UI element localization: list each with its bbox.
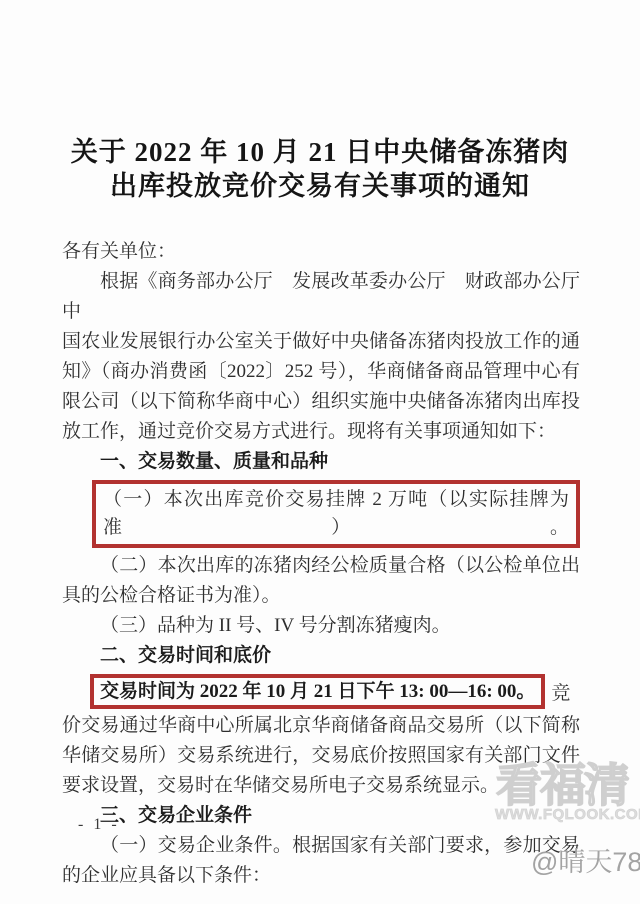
paragraph-line: 价交易通过华商中心所属北京华商储备商品交易所（以下简称 (62, 711, 580, 741)
watermark-site-url: WWW.FQLOOK.COM (495, 806, 640, 823)
paragraph-line: （三）品种为 II 号、IV 号分割冻猪瘦肉。 (62, 611, 580, 641)
section-heading-1: 一、交易数量、质量和品种 (62, 447, 580, 477)
overflow-character: 竞 (551, 678, 570, 705)
paragraph-line: 限公司（以下简称华商中心）组织实施中央储备冻猪肉出库投 (62, 387, 580, 417)
title-line-2: 出库投放竞价交易有关事项的通知 (0, 169, 640, 203)
paragraph-line: （一）交易企业条件。根据国家有关部门要求，参加交易 (62, 831, 580, 861)
salutation: 各有关单位： (62, 237, 580, 267)
paragraph-line: 根据《商务部办公厅 发展改革委办公厅 财政部办公厅 中 (62, 267, 580, 327)
section-heading-2: 二、交易时间和底价 (62, 641, 580, 671)
watermark-site-name: 看福清 (496, 760, 628, 810)
highlight-box-time: 交易时间为 2022 年 10 月 21 日下午 13: 00—16: 00。 (90, 674, 545, 709)
paragraph-line: 知》（商办消费函〔2022〕252 号），华商储备商品管理中心有 (62, 357, 580, 387)
paragraph-line: 的企业应具备以下条件： (62, 861, 580, 891)
watermark-author: @晴天780 (531, 840, 640, 879)
highlighted-text-quantity: （一）本次出库竞价交易挂牌 2 万吨（以实际挂牌为准）。 (103, 486, 569, 542)
paragraph-line: 具的公检合格证书为准）。 (62, 581, 580, 611)
document-title: 关于 2022 年 10 月 21 日中央储备冻猪肉 出库投放竞价交易有关事项的… (0, 135, 640, 203)
paragraph-line: （二）本次出库的冻猪肉经公检质量合格（以公检单位出 (62, 551, 580, 581)
page-number: - 1 - (78, 816, 120, 834)
title-line-1: 关于 2022 年 10 月 21 日中央储备冻猪肉 (0, 135, 640, 169)
paragraph-line: 放工作，通过竞价交易方式进行。现将有关事项通知如下： (62, 417, 580, 447)
trade-time-line: 交易时间为 2022 年 10 月 21 日下午 13: 00—16: 00。 … (62, 671, 580, 711)
highlight-box-quantity: （一）本次出库竞价交易挂牌 2 万吨（以实际挂牌为准）。 (92, 480, 580, 548)
paragraph-line: 国农业发展银行办公室关于做好中央储备冻猪肉投放工作的通 (62, 327, 580, 357)
highlighted-text-time: 交易时间为 2022 年 10 月 21 日下午 13: 00—16: 00。 (100, 681, 535, 702)
scanned-document-page: 关于 2022 年 10 月 21 日中央储备冻猪肉 出库投放竞价交易有关事项的… (0, 0, 640, 904)
